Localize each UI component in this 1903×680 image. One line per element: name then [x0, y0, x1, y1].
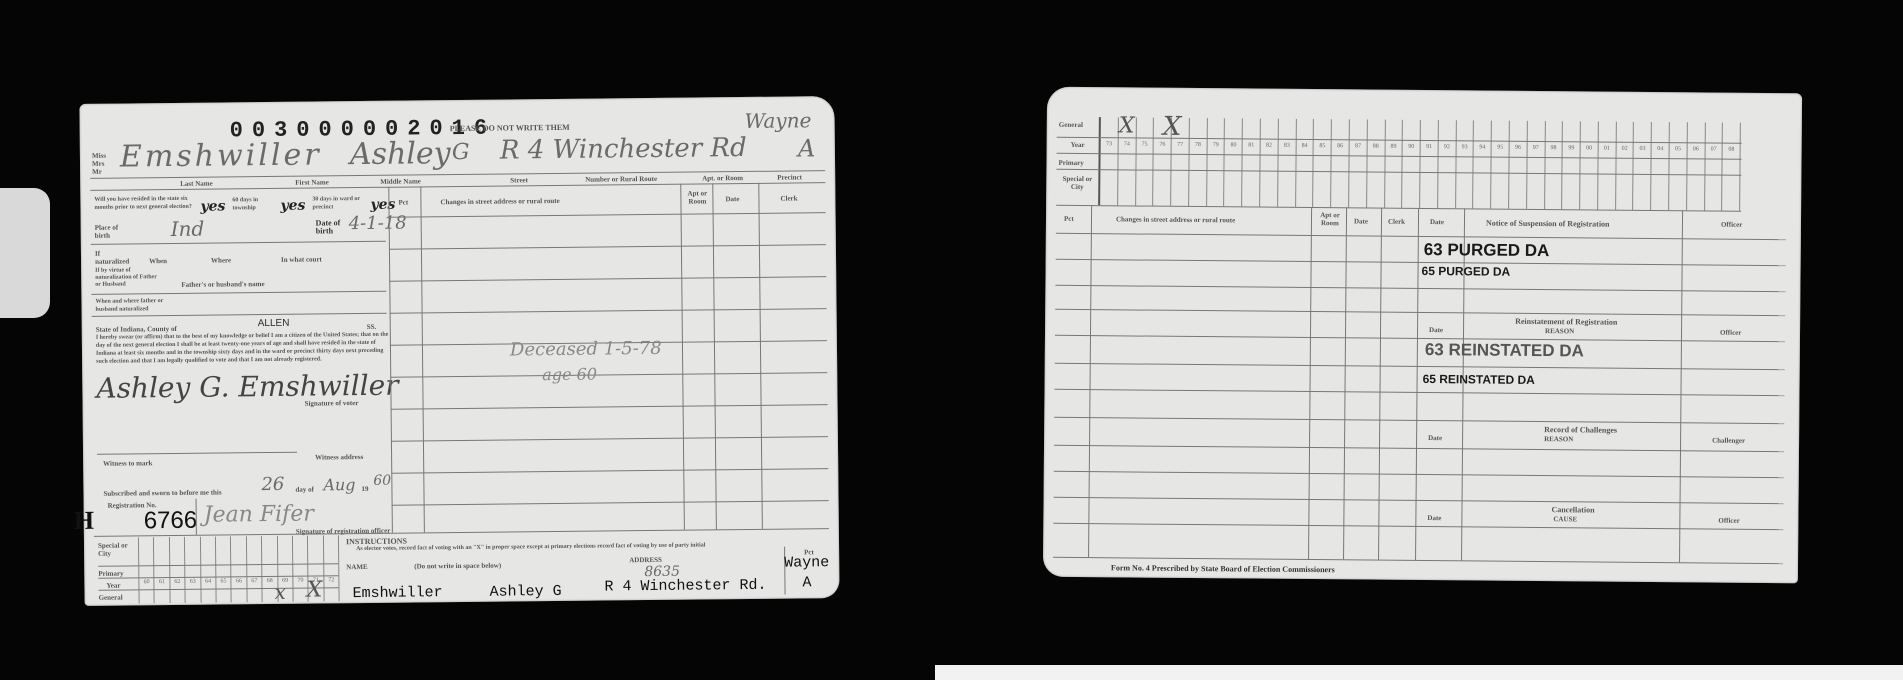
label-year: Year [1071, 141, 1085, 149]
cancellation-date-label: Date [1427, 514, 1441, 522]
year-column: 00 [1580, 121, 1599, 209]
label-father-husband: If by virtue of naturalization of Father… [95, 267, 157, 289]
year-column: 02 [1616, 122, 1635, 210]
year-label: 85 [1314, 143, 1331, 149]
year-column: 85 [1313, 119, 1332, 207]
year-label: 99 [1563, 145, 1580, 151]
year-column: 64 [200, 537, 216, 603]
year-label: 01 [1598, 146, 1615, 152]
address-handwritten: R 4 Winchester Rd [500, 133, 747, 166]
label-subscribed: Subscribed and sworn to before me this [103, 488, 221, 497]
year-label: 00 [1581, 145, 1598, 151]
year-column: 66 [231, 536, 247, 602]
voting-record-grid-back: General Year Primary Special or City 737… [1056, 117, 1742, 211]
label-special-city: Special or City [1062, 175, 1092, 191]
year-column: 07 [1705, 122, 1724, 210]
year-label: 86 [1332, 143, 1349, 149]
label-apt-room: Apt or Room [1316, 211, 1344, 227]
year-label: 66 [232, 578, 246, 584]
resided-state-yes: yes [200, 198, 225, 214]
reinstatement-title: Reinstatement of Registration [1515, 317, 1617, 327]
label-date: Date [1354, 217, 1368, 225]
challenges-reason-label: REASON [1544, 435, 1573, 443]
year-column: 89 [1385, 120, 1404, 208]
label-place-of-birth: Place of birth [95, 223, 135, 239]
challenges-date-label: Date [1428, 434, 1442, 442]
year-label: 98 [1545, 145, 1562, 151]
header-notice: PLEASE DO NOT WRITE THEM [450, 123, 570, 133]
typed-address: R 4 Winchester Rd. [604, 577, 766, 596]
label-year: Year [106, 582, 120, 590]
year-column: 72 [324, 535, 340, 601]
year-label: 78 [1190, 142, 1207, 148]
year-label: 92 [1438, 144, 1455, 150]
year-label: 88 [1367, 144, 1384, 150]
year-label: 95 [1492, 145, 1509, 151]
year-label: 73 [1101, 141, 1118, 147]
year-column: 96 [1509, 121, 1528, 209]
label-name: NAME [346, 563, 367, 571]
label-date: Date [725, 195, 739, 203]
year-column: 97 [1527, 121, 1546, 209]
year-column: 01 [1598, 122, 1617, 210]
label-changes-address: Changes in street address or rural route [440, 197, 559, 206]
label-suspension-date: Date [1430, 218, 1444, 226]
label-suspension-title: Notice of Suspension of Registration [1486, 219, 1610, 229]
label-ss: SS. [367, 323, 377, 331]
year-label: 06 [1687, 146, 1704, 152]
reinstatement-reason-label: REASON [1545, 327, 1574, 335]
year-label: 74 [1118, 141, 1135, 147]
reinstatement-entry: 65 REINSTATED DA [1423, 372, 1535, 387]
registration-number: 6766 [144, 507, 198, 536]
change-note-deceased: Deceased 1-5-78 [510, 338, 662, 361]
label-date-of-birth: Date of birth [316, 219, 351, 235]
label-primary: Primary [98, 570, 123, 578]
typed-last-name: Emshwiller [352, 584, 442, 602]
year-label: 08 [1723, 147, 1740, 153]
year-column: 80 [1225, 118, 1244, 206]
first-name-handwritten: Ashley [350, 136, 451, 172]
sworn-year: 60 [373, 473, 391, 489]
year-column: 91 [1420, 120, 1439, 208]
challenges-title: Record of Challenges [1544, 425, 1617, 435]
typed-township: Wayne [784, 554, 829, 571]
label-day-of: day of [295, 486, 314, 494]
year-label: 05 [1670, 146, 1687, 152]
label-resided-township: 60 days in township [232, 196, 282, 213]
label-naturalized: If naturalized [95, 249, 135, 265]
label-where: Where [211, 256, 231, 264]
year-column: 93 [1456, 120, 1475, 208]
year-label: 80 [1225, 142, 1242, 148]
year-label: 75 [1136, 141, 1153, 147]
reinstatement-date-label: Date [1429, 326, 1443, 334]
year-column: 79 [1207, 118, 1226, 206]
year-label: 62 [170, 579, 184, 585]
last-name-handwritten: Emshwiller [120, 137, 322, 174]
challenges-challenger-label: Challenger [1712, 437, 1745, 445]
registration-card-front: 003000002016 PLEASE DO NOT WRITE THEM Wa… [79, 96, 839, 606]
year-label: 77 [1172, 142, 1189, 148]
year-label: 83 [1278, 143, 1295, 149]
change-note-age: age 60 [542, 365, 597, 385]
suspension-entry: 63 PURGED DA [1424, 240, 1550, 261]
middle-initial-handwritten: G [452, 140, 470, 165]
year-column: 04 [1651, 122, 1670, 210]
cancellation-cause-label: CAUSE [1553, 515, 1577, 523]
year-label: 84 [1296, 143, 1313, 149]
year-label: 60 [139, 579, 153, 585]
reinstatement-officer-label: Officer [1720, 329, 1741, 337]
township-handwritten: Wayne [744, 108, 811, 133]
year-column: 05 [1669, 122, 1688, 210]
label-clerk: Clerk [780, 194, 797, 202]
year-column: 78 [1189, 118, 1208, 206]
year-column: 87 [1349, 119, 1368, 207]
label-apt-room: Apt. or Room [702, 174, 743, 182]
precinct-handwritten: A [798, 134, 816, 162]
oath-text: I hereby swear (or affirm) that to the b… [96, 331, 391, 366]
year-column: 73 [1100, 117, 1119, 205]
year-label: 64 [201, 579, 215, 585]
typed-precinct: A [802, 574, 811, 591]
label-signature-of-voter: Signature of voter [305, 399, 359, 408]
label-middle-name: Middle Name [380, 177, 421, 185]
cancellation-officer-label: Officer [1718, 517, 1739, 525]
label-apt-or-room: Apt or Room [684, 189, 710, 205]
year-label: 87 [1350, 143, 1367, 149]
resided-ward-yes: yes [370, 197, 395, 213]
year-column: 60 [139, 537, 155, 603]
year-label: 96 [1510, 145, 1527, 151]
year-column: 94 [1474, 120, 1493, 208]
label-father-husband-name: Father's or husband's name [181, 280, 264, 289]
label-pct: Pct [398, 199, 408, 207]
year-label: 91 [1421, 144, 1438, 150]
year-label: 03 [1634, 146, 1651, 152]
label-rural-route: Number or Rural Route [585, 175, 657, 184]
vote-mark-x: X [306, 577, 322, 602]
label-special-city: Special or City [98, 541, 138, 557]
year-column: 61 [154, 537, 170, 603]
adjacent-card-edge [0, 188, 50, 318]
year-label: 63 [186, 579, 200, 585]
year-label: 04 [1652, 146, 1669, 152]
registration-letter: H [74, 506, 95, 536]
year-label: 61 [155, 579, 169, 585]
year-column: 82 [1260, 119, 1279, 207]
label-when-where-naturalized: When and where father or husband natural… [95, 297, 175, 314]
year-column: 03 [1634, 122, 1653, 210]
suspension-entry: 65 PURGED DA [1421, 264, 1510, 279]
sworn-month: Aug [323, 475, 355, 494]
label-resided-state: Will you have resided in the state six m… [94, 195, 194, 212]
label-primary: Primary [1058, 159, 1083, 167]
year-label: 82 [1261, 143, 1278, 149]
year-column: 83 [1278, 119, 1297, 207]
scan-border-strip [935, 665, 1903, 680]
year-label: 94 [1474, 144, 1491, 150]
year-label: 89 [1385, 144, 1402, 150]
form-footer: Form No. 4 Prescribed by State Board of … [1111, 563, 1335, 574]
label-first-name: First Name [295, 178, 329, 186]
year-column: 95 [1491, 121, 1510, 209]
year-column: 84 [1296, 119, 1315, 207]
name-prefix-labels: Miss Mrs Mr [92, 152, 114, 176]
label-court: In what court [281, 255, 322, 263]
voting-record-grid-front: Special or City Primary Year General 606… [98, 535, 339, 604]
vote-mark-x: x [274, 580, 286, 604]
label-pct: Pct [1064, 215, 1074, 223]
year-column: 90 [1402, 120, 1421, 208]
year-column: 08 [1722, 123, 1741, 211]
year-column: 86 [1331, 119, 1350, 207]
year-label: 02 [1616, 146, 1633, 152]
label-changes-address: Changes in street address or rural route [1116, 215, 1235, 224]
year-label: 72 [324, 577, 338, 583]
label-witness-address: Witness address [315, 453, 363, 462]
registration-card-back: General Year Primary Special or City 737… [1043, 87, 1802, 584]
year-column: 75 [1136, 117, 1155, 205]
reinstatement-entry: 63 REINSTATED DA [1425, 340, 1584, 361]
year-column: 63 [185, 537, 201, 603]
year-column: 06 [1687, 122, 1706, 210]
year-column: 62 [170, 537, 186, 603]
label-general: General [1059, 121, 1083, 129]
instructions-text: As elector votes, record fact of voting … [356, 541, 756, 554]
place-of-birth-value: Ind [171, 217, 205, 241]
label-clerk: Clerk [1388, 218, 1405, 226]
year-label: 97 [1527, 145, 1544, 151]
year-label: 93 [1456, 144, 1473, 150]
year-label: 67 [247, 578, 261, 584]
label-last-name: Last Name [180, 180, 213, 188]
label-precinct: Precinct [777, 173, 802, 181]
label-witness-to-mark: Witness to mark [103, 459, 152, 468]
county-value: ALLEN [258, 318, 290, 329]
year-label: 79 [1207, 142, 1224, 148]
label-year-prefix: 19 [361, 485, 368, 493]
cancellation-title: Cancellation [1551, 505, 1594, 514]
year-column: 65 [216, 536, 232, 602]
year-column: 98 [1545, 121, 1564, 209]
label-street: Street [510, 176, 528, 184]
year-column: 99 [1562, 121, 1581, 209]
year-column: 92 [1438, 120, 1457, 208]
typed-first-name: Ashley G [489, 583, 561, 601]
officer-signature: Jean Fifer [204, 502, 314, 528]
year-label: 76 [1154, 142, 1171, 148]
resided-township-yes: yes [280, 198, 305, 214]
vote-mark-x: X [1163, 112, 1182, 142]
label-when: When [149, 257, 167, 265]
label-resided-ward: 30 days in ward or precinct [312, 195, 372, 212]
label-do-not-write: (Do not write in space below) [414, 562, 501, 571]
year-label: 81 [1243, 142, 1260, 148]
label-suspension-officer: Officer [1721, 221, 1742, 229]
sworn-day: 26 [261, 474, 284, 495]
year-label: 65 [216, 578, 230, 584]
year-label: 90 [1403, 144, 1420, 150]
label-general: General [99, 594, 123, 602]
year-label: 07 [1705, 146, 1722, 152]
year-column: 88 [1367, 120, 1386, 208]
year-column: 67 [247, 536, 263, 602]
year-column: 81 [1242, 118, 1261, 206]
vote-mark-x: X [1119, 113, 1135, 138]
